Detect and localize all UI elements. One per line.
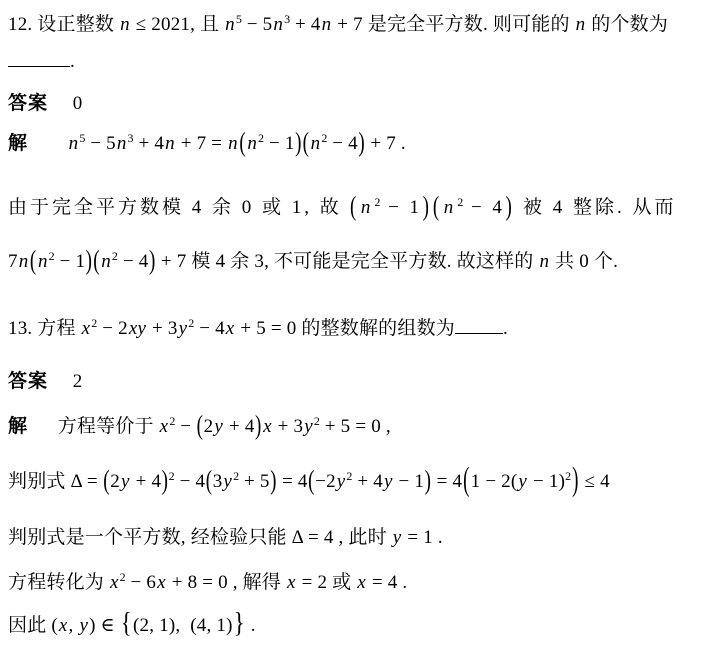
math-variable: n — [310, 133, 322, 154]
text-run: − 6 — [126, 572, 157, 593]
text-run: . — [246, 615, 256, 636]
math-variable: n — [18, 251, 30, 272]
text-run: 的个数为 — [586, 14, 668, 35]
math-variable: n — [575, 14, 587, 35]
text-run: + 7 = — [176, 133, 227, 154]
problem-13-solution-line-2: 判别式 Δ = (2y + 4)2 − 4(3y2 + 5) = 4(−2y2 … — [8, 466, 610, 493]
math-variable: n — [321, 14, 333, 35]
math-variable: x — [156, 572, 167, 593]
text-run: − 4 — [327, 133, 358, 154]
tall-paren-icon: ) — [270, 466, 278, 498]
math-variable: n — [538, 251, 550, 272]
text-run: + 3 — [273, 416, 304, 437]
math-variable: y — [392, 527, 403, 548]
text-run: + 4 — [131, 471, 162, 492]
math-variable: x — [262, 416, 273, 437]
math-variable: y — [303, 416, 314, 437]
tall-paren-icon: ( — [103, 466, 111, 498]
math-variable: x — [286, 572, 297, 593]
tall-paren-icon: ) — [148, 246, 156, 278]
text-run: (4, 1) — [190, 615, 232, 636]
text-run: 1 − 2 — [471, 471, 511, 492]
text-run: − 2 — [97, 318, 128, 339]
text-run: 2 — [48, 371, 82, 392]
math-variable: n — [272, 14, 284, 35]
math-variable: n — [116, 133, 128, 154]
text-run: − 5 — [85, 133, 116, 154]
text-run: 3 — [213, 471, 223, 492]
text-run: + 4 — [290, 14, 321, 35]
text-run: 2 — [110, 471, 120, 492]
text-run: −2 — [315, 471, 336, 492]
text-run: − 1 — [55, 251, 86, 272]
math-variable: n — [360, 197, 375, 218]
math-variable: n — [164, 133, 176, 154]
tall-paren-icon: ) — [295, 128, 303, 160]
math-variable: x — [81, 318, 92, 339]
text-run: 共 0 个. — [550, 251, 618, 272]
math-variable: n — [224, 14, 236, 35]
math-variable: y — [517, 471, 528, 492]
text-run: , — [69, 615, 79, 636]
text-run: − 1 — [528, 471, 559, 492]
text-run: 12. 设正整数 — [8, 14, 119, 35]
math-variable: y — [383, 471, 394, 492]
text-run: + 3 — [147, 318, 178, 339]
text-run: − 1 — [264, 133, 295, 154]
text-run: − 1 — [380, 197, 422, 218]
tall-paren-xl-icon: ( — [462, 461, 471, 501]
text-run: (2, 1) — [133, 615, 175, 636]
text-run: = 4 — [277, 471, 308, 492]
math-variable: n — [227, 133, 239, 154]
curly-brace-icon: } — [233, 607, 246, 640]
math-variable: y — [222, 471, 233, 492]
text-run: 方程转化为 — [8, 572, 109, 593]
text-run: + 7 模 4 余 3, 不可能是完全平方数. 故这样的 — [156, 251, 538, 272]
bold-label: 解 — [8, 416, 28, 437]
text-run: 因此 — [8, 615, 51, 636]
math-variable: x — [58, 615, 69, 636]
tall-paren-icon: ( — [308, 466, 316, 498]
text-run: + 4 — [134, 133, 165, 154]
text-run: + 5 = 0 , — [320, 416, 391, 437]
tall-paren-icon: ) — [358, 128, 366, 160]
math-variable: n — [68, 133, 80, 154]
text-run: = 2 或 — [297, 572, 357, 593]
text-run: + 7 . — [365, 133, 405, 154]
problem-13-solution-line-3: 判别式是一个平方数, 经检验只能 Δ = 4 , 此时 y = 1 . — [8, 522, 443, 549]
tall-paren-icon: ( — [239, 128, 247, 160]
math-variable: x — [356, 572, 367, 593]
text-run: + 5 = 0 的整数解的组数为 — [235, 318, 455, 339]
text-run: ≤ 4 — [580, 471, 610, 492]
text-run: 判别式 Δ = — [8, 471, 103, 492]
text-run: = 4 — [432, 471, 463, 492]
tall-paren-icon: ) — [505, 192, 515, 224]
text-run: . — [70, 51, 75, 72]
math-variable: n — [100, 251, 112, 272]
tall-paren-icon: ) — [255, 411, 263, 443]
text-run: − 5 — [242, 14, 273, 35]
text-run: − 4 — [118, 251, 149, 272]
text-run: = 4 . — [367, 572, 407, 593]
math-variable: xy — [128, 318, 147, 339]
curly-brace-icon: { — [120, 607, 133, 640]
text-run: 由于完全平方数模 4 余 0 或 1, 故 — [8, 197, 350, 218]
math-variable: y — [336, 471, 347, 492]
tall-paren-icon: ) — [161, 466, 169, 498]
text-run: 2 — [204, 416, 214, 437]
text-run: + 8 = 0 , 解得 — [167, 572, 286, 593]
tall-paren-icon: ( — [432, 192, 442, 224]
text-run: − — [175, 416, 196, 437]
text-run: − 1 — [394, 471, 425, 492]
problem-13-solution-line-4: 方程转化为 x2 − 6x + 8 = 0 , 解得 x = 2 或 x = 4… — [8, 567, 407, 594]
text-run: + 4 — [352, 471, 383, 492]
math-variable: x — [225, 318, 236, 339]
tall-paren-icon: ) — [85, 246, 93, 278]
text-run: , — [175, 615, 190, 636]
text-run: + 7 是完全平方数. 则可能的 — [332, 14, 574, 35]
text-run: 7 — [8, 251, 18, 272]
math-variable: n — [246, 133, 258, 154]
problem-12-solution-line-2: 由于完全平方数模 4 余 0 或 1, 故 (n2 − 1)(n2 − 4) 被… — [8, 192, 677, 219]
tall-paren-icon: ( — [205, 466, 213, 498]
tall-paren-icon: ( — [29, 246, 37, 278]
problem-13-answer-line: 答案 2 — [8, 366, 82, 393]
text-run — [28, 133, 68, 154]
tall-paren-icon: ) — [422, 192, 432, 224]
math-variable: x — [159, 416, 170, 437]
text-run: ( — [51, 615, 58, 636]
text-run: 判别式是一个平方数, 经检验只能 Δ = 4 , 此时 — [8, 527, 392, 548]
text-run: 被 4 整除. 从而 — [515, 197, 676, 218]
text-run: 方程等价于 — [28, 416, 159, 437]
bold-label: 解 — [8, 133, 28, 154]
text-run: + 5 — [239, 471, 270, 492]
problem-12-statement: 12. 设正整数 n ≤ 2021, 且 n5 − 5n3 + 4n + 7 是… — [8, 9, 668, 36]
tall-paren-icon: ( — [93, 246, 101, 278]
answer-blank — [8, 50, 70, 67]
problem-13-statement: 13. 方程 x2 − 2xy + 3y2 − 4x + 5 = 0 的整数解的… — [8, 313, 508, 340]
problem-13-solution-line-1: 解 方程等价于 x2 − (2y + 4)x + 3y2 + 5 = 0 , — [8, 411, 391, 438]
math-variable: y — [78, 615, 89, 636]
math-variable: y — [213, 416, 224, 437]
tall-paren-icon: ( — [196, 411, 204, 443]
problem-13-solution-line-5: 因此 (x, y) ∈ {(2, 1), (4, 1)} . — [8, 610, 256, 637]
text-run: . — [503, 318, 508, 339]
text-run: 13. 方程 — [8, 318, 81, 339]
text-run: ≤ 2021, 且 — [131, 14, 224, 35]
problem-12-answer-line: 答案 0 — [8, 88, 82, 115]
math-variable: n — [443, 197, 458, 218]
math-variable: n — [119, 14, 131, 35]
text-run: ∈ — [96, 615, 120, 636]
tall-paren-xl-icon: ) — [571, 461, 580, 501]
text-run: − 4 — [194, 318, 225, 339]
tall-paren-icon: ) — [424, 466, 432, 498]
math-variable: n — [37, 251, 49, 272]
math-variable: y — [178, 318, 189, 339]
bold-label: 答案 — [8, 371, 48, 392]
math-document-page: 12. 设正整数 n ≤ 2021, 且 n5 − 5n3 + 4n + 7 是… — [0, 0, 704, 657]
math-variable: y — [120, 471, 131, 492]
answer-blank — [455, 317, 503, 334]
problem-12-answer-blank-line: . — [8, 50, 75, 73]
problem-12-solution-line-1: 解 n5 − 5n3 + 4n + 7 = n(n2 − 1)(n2 − 4) … — [8, 128, 406, 155]
text-run: = 1 . — [402, 527, 442, 548]
text-run: − 4 — [463, 197, 505, 218]
math-variable: x — [109, 572, 120, 593]
bold-label: 答案 — [8, 93, 48, 114]
tall-paren-icon: ( — [350, 192, 360, 224]
text-run: + 4 — [224, 416, 255, 437]
problem-12-solution-line-3: 7n(n2 − 1)(n2 − 4) + 7 模 4 余 3, 不可能是完全平方… — [8, 246, 618, 273]
text-run: − 4 — [175, 471, 206, 492]
tall-paren-icon: ( — [302, 128, 310, 160]
text-run: 0 — [48, 93, 82, 114]
